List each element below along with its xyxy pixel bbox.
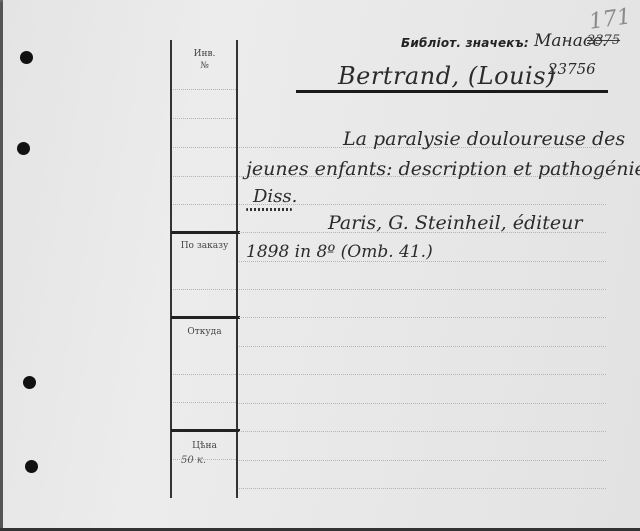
entry-line-diss: Diss. (253, 186, 297, 207)
rule-line (173, 176, 236, 177)
rule-line (239, 289, 606, 290)
rule-line (239, 403, 606, 404)
entry-line-title-1: La paralysie douloureuse des (343, 128, 625, 150)
source-label: Откуда (171, 326, 238, 338)
punch-hole (25, 460, 38, 473)
rule-line (173, 289, 236, 290)
struck-old-number: 2375 (587, 33, 620, 48)
author-name: Bertrand, (Louis) (338, 62, 556, 90)
rule-line (173, 374, 236, 375)
inventory-label-line2: № (171, 60, 238, 72)
author-underline (296, 90, 608, 93)
rule-line (173, 402, 236, 403)
section-separator (171, 316, 238, 319)
rule-line (173, 147, 236, 148)
punch-hole (20, 51, 33, 64)
section-separator (171, 231, 238, 234)
rule-line (239, 460, 606, 461)
price-label: Цѣна (171, 440, 238, 452)
rule-line (239, 346, 606, 347)
rule-line (173, 118, 236, 119)
rule-line (239, 431, 606, 432)
inventory-label-line1: Инв. (171, 48, 238, 60)
inventory-number-label: Инв. № (171, 48, 238, 72)
rule-line (173, 89, 236, 90)
accession-number: 23756 (548, 60, 596, 78)
price-value: 50 к. (181, 455, 206, 466)
rule-line (239, 374, 606, 375)
section-separator (171, 429, 238, 432)
rule-line (239, 488, 606, 489)
entry-line-title-2: jeunes enfants: description et pathogéni… (246, 158, 640, 180)
punch-hole (23, 376, 36, 389)
rule-line (239, 317, 606, 318)
order-label: По заказу (171, 240, 238, 252)
entry-line-publisher: Paris, G. Steinheil, éditeur (328, 212, 582, 234)
diss-wavy-underline (246, 208, 292, 211)
catalog-card: Инв. № По заказу Откуда Цѣна 50 к. Библi… (3, 0, 640, 528)
entry-line-year-format: 1898 in 8º (Omb. 41.) (246, 242, 433, 262)
rule-line (173, 204, 236, 205)
page-number: 171 (587, 4, 632, 35)
punch-hole (17, 142, 30, 155)
library-mark-label: Библiот. значекъ: (401, 36, 529, 50)
